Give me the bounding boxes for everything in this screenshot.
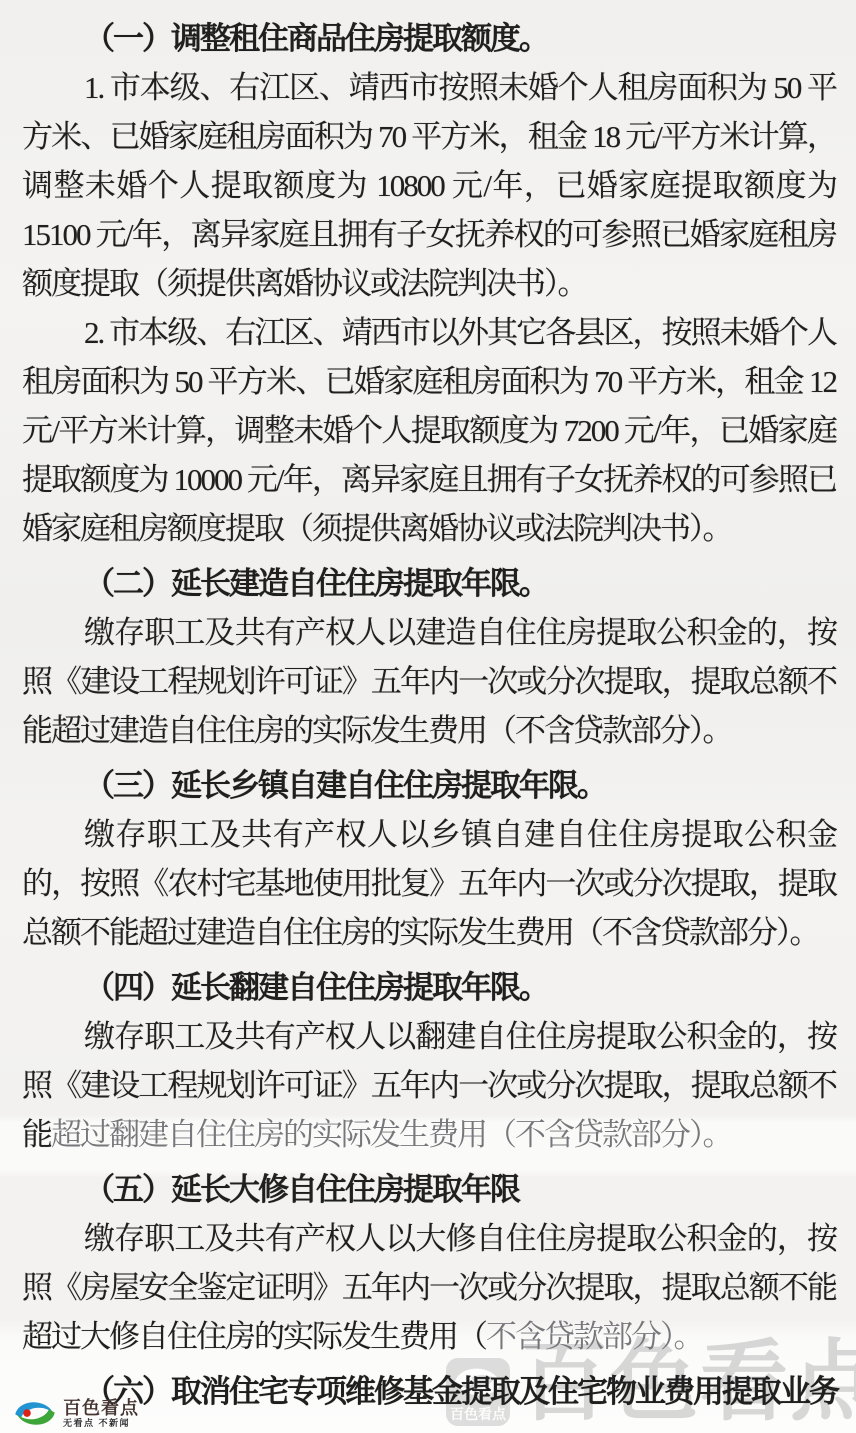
paragraph-text: 2. 市本级、右江区、靖西市以外其它各县区，按照未婚个人租房面积为 50 平方米… bbox=[22, 315, 836, 546]
paragraph: 缴存职工及共有产权人以大修自住住房提取公积金的，按照《房屋安全鉴定证明》五年内一… bbox=[22, 1214, 836, 1361]
paragraph-text-faded: 不含贷款部分）。 bbox=[486, 1319, 703, 1354]
section-2: （二）延长建造自住住房提取年限。 缴存职工及共有产权人以建造自住住房提取公积金的… bbox=[22, 559, 836, 755]
paragraph-text: 缴存职工及共有产权人以大修自住住房提取公积金的，按照《房屋安全鉴定证明》五年内一… bbox=[22, 1221, 836, 1354]
paragraph: 缴存职工及共有产权人以翻建自住住房提取公积金的，按照《建设工程规划许可证》五年内… bbox=[22, 1012, 836, 1159]
document-body: （一）调整租住商品住房提取额度。 1. 市本级、右江区、靖西市按照未婚个人租房面… bbox=[0, 0, 856, 1416]
section-heading: （一）调整租住商品住房提取额度。 bbox=[22, 14, 836, 63]
section-heading: （五）延长大修自住住房提取年限 bbox=[22, 1165, 836, 1214]
paragraph: 缴存职工及共有产权人以建造自住住房提取公积金的，按照《建设工程规划许可证》五年内… bbox=[22, 608, 836, 755]
paragraph: 2. 市本级、右江区、靖西市以外其它各县区，按照未婚个人租房面积为 50 平方米… bbox=[22, 308, 836, 553]
paragraph-text: 缴存职工及共有产权人以乡镇自建自住住房提取公积金的，按照《农村宅基地使用批复》五… bbox=[22, 817, 836, 950]
section-heading: （六）取消住宅专项维修基金提取及住宅物业费用提取业务 bbox=[22, 1367, 836, 1416]
section-4: （四）延长翻建自住住房提取年限。 缴存职工及共有产权人以翻建自住住房提取公积金的… bbox=[22, 963, 836, 1159]
paragraph-text-faded: 超过翻建自住住房的实际发生费用（不含贷款部分）。 bbox=[51, 1117, 732, 1152]
section-6: （六）取消住宅专项维修基金提取及住宅物业费用提取业务 bbox=[22, 1367, 836, 1416]
site-logo-name: 百色看点 bbox=[63, 1399, 139, 1418]
paragraph: 缴存职工及共有产权人以乡镇自建自住住房提取公积金的，按照《农村宅基地使用批复》五… bbox=[22, 810, 836, 957]
section-5: （五）延长大修自住住房提取年限 缴存职工及共有产权人以大修自住住房提取公积金的，… bbox=[22, 1165, 836, 1361]
paragraph-text: 1. 市本级、右江区、靖西市按照未婚个人租房面积为 50 平方米、已婚家庭租房面… bbox=[22, 70, 836, 301]
section-heading: （四）延长翻建自住住房提取年限。 bbox=[22, 963, 836, 1012]
site-logo-tagline: 无看点 不新闻 bbox=[63, 1418, 139, 1429]
section-heading: （二）延长建造自住住房提取年限。 bbox=[22, 559, 836, 608]
paragraph-text: 缴存职工及共有产权人以建造自住住房提取公积金的，按照《建设工程规划许可证》五年内… bbox=[22, 615, 836, 748]
section-heading: （三）延长乡镇自建自住住房提取年限。 bbox=[22, 761, 836, 810]
site-logo-swirl-icon bbox=[14, 1400, 56, 1427]
section-3: （三）延长乡镇自建自住住房提取年限。 缴存职工及共有产权人以乡镇自建自住住房提取… bbox=[22, 761, 836, 957]
site-logo: 百色看点 无看点 不新闻 bbox=[14, 1399, 139, 1429]
paragraph: 1. 市本级、右江区、靖西市按照未婚个人租房面积为 50 平方米、已婚家庭租房面… bbox=[22, 63, 836, 308]
site-logo-text-block: 百色看点 无看点 不新闻 bbox=[63, 1399, 139, 1429]
section-1: （一）调整租住商品住房提取额度。 1. 市本级、右江区、靖西市按照未婚个人租房面… bbox=[22, 14, 836, 553]
screenshot-page: 百色看点 百色看点 （一）调整租住商品住房提取额度。 1. 市本级、右江区、靖西… bbox=[0, 0, 856, 1433]
